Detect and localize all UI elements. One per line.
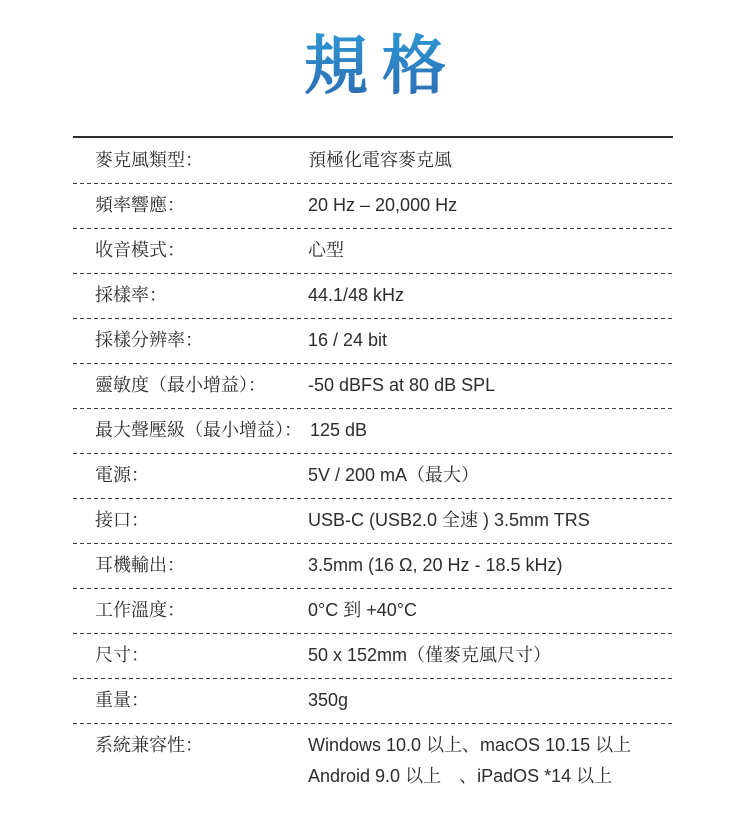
spec-value-line: 350g — [308, 689, 667, 712]
spec-value: -50 dBFS at 80 dB SPL — [308, 374, 673, 397]
spec-row: 尺寸： 50 x 152mm（僅麥克風尺寸） — [73, 633, 673, 678]
spec-value: 3.5mm (16 Ω, 20 Hz - 18.5 kHz) — [308, 554, 673, 577]
spec-row: 接口： USB-C (USB2.0 全速 ) 3.5mm TRS — [73, 498, 673, 543]
spec-label: 系統兼容性： — [95, 734, 308, 757]
spec-label: 麥克風類型： — [95, 149, 308, 172]
spec-value-line: 50 x 152mm（僅麥克風尺寸） — [308, 644, 667, 667]
spec-value: USB-C (USB2.0 全速 ) 3.5mm TRS — [308, 509, 673, 532]
spec-label: 電源： — [95, 464, 308, 487]
spec-label: 接口： — [95, 509, 308, 532]
spec-value: 50 x 152mm（僅麥克風尺寸） — [308, 644, 673, 667]
spec-row: 頻率響應： 20 Hz – 20,000 Hz — [73, 183, 673, 228]
spec-value-line: 心型 — [308, 239, 667, 262]
spec-value: Windows 10.0 以上、macOS 10.15 以上Android 9.… — [308, 734, 673, 788]
spec-label: 耳機輸出： — [95, 554, 308, 577]
spec-label: 工作溫度： — [95, 599, 308, 622]
spec-value: 5V / 200 mA（最大） — [308, 464, 673, 487]
spec-label: 靈敏度（最小增益）： — [95, 374, 308, 397]
spec-value-line: 125 dB — [310, 419, 667, 442]
spec-value-line: Windows 10.0 以上、macOS 10.15 以上 — [308, 734, 667, 757]
spec-row: 收音模式： 心型 — [73, 228, 673, 273]
spec-row: 耳機輸出： 3.5mm (16 Ω, 20 Hz - 18.5 kHz) — [73, 543, 673, 588]
spec-value-line: 5V / 200 mA（最大） — [308, 464, 667, 487]
spec-row: 重量： 350g — [73, 678, 673, 723]
spec-value-line: 16 / 24 bit — [308, 329, 667, 352]
spec-value: 44.1/48 kHz — [308, 284, 673, 307]
spec-label: 收音模式： — [95, 239, 308, 262]
spec-label: 尺寸： — [95, 644, 308, 667]
spec-page: 規格 麥克風類型： 預極化電容麥克風 頻率響應： 20 Hz – 20,000 … — [0, 0, 750, 826]
spec-value-line: Android 9.0 以上 、iPadOS *14 以上 — [308, 765, 667, 788]
spec-value-line: 0°C 到 +40°C — [308, 599, 667, 622]
spec-row: 靈敏度（最小增益）： -50 dBFS at 80 dB SPL — [73, 363, 673, 408]
spec-table: 麥克風類型： 預極化電容麥克風 頻率響應： 20 Hz – 20,000 Hz … — [73, 136, 673, 798]
spec-row: 採樣率： 44.1/48 kHz — [73, 273, 673, 318]
spec-value: 20 Hz – 20,000 Hz — [308, 194, 673, 217]
spec-value: 125 dB — [310, 419, 673, 442]
spec-label: 重量： — [95, 689, 308, 712]
spec-value: 預極化電容麥克風 — [308, 149, 673, 172]
spec-row: 電源： 5V / 200 mA（最大） — [73, 453, 673, 498]
spec-label: 頻率響應： — [95, 194, 308, 217]
spec-row: 工作溫度： 0°C 到 +40°C — [73, 588, 673, 633]
page-title: 規格 — [0, 0, 750, 102]
spec-value-line: 3.5mm (16 Ω, 20 Hz - 18.5 kHz) — [308, 554, 667, 577]
spec-label: 採樣率： — [95, 284, 308, 307]
spec-value: 350g — [308, 689, 673, 712]
spec-row: 系統兼容性： Windows 10.0 以上、macOS 10.15 以上And… — [73, 723, 673, 798]
spec-row: 採樣分辨率： 16 / 24 bit — [73, 318, 673, 363]
spec-label: 採樣分辨率： — [95, 329, 308, 352]
spec-value-line: USB-C (USB2.0 全速 ) 3.5mm TRS — [308, 509, 667, 532]
spec-row: 麥克風類型： 預極化電容麥克風 — [73, 138, 673, 183]
spec-value: 心型 — [308, 239, 673, 262]
spec-value-line: 20 Hz – 20,000 Hz — [308, 194, 667, 217]
spec-value: 0°C 到 +40°C — [308, 599, 673, 622]
spec-value-line: 44.1/48 kHz — [308, 284, 667, 307]
spec-value-line: 預極化電容麥克風 — [308, 149, 667, 172]
spec-value-line: -50 dBFS at 80 dB SPL — [308, 374, 667, 397]
spec-value: 16 / 24 bit — [308, 329, 673, 352]
spec-label: 最大聲壓級（最小增益）： — [95, 419, 310, 442]
spec-row: 最大聲壓級（最小增益）： 125 dB — [73, 408, 673, 453]
